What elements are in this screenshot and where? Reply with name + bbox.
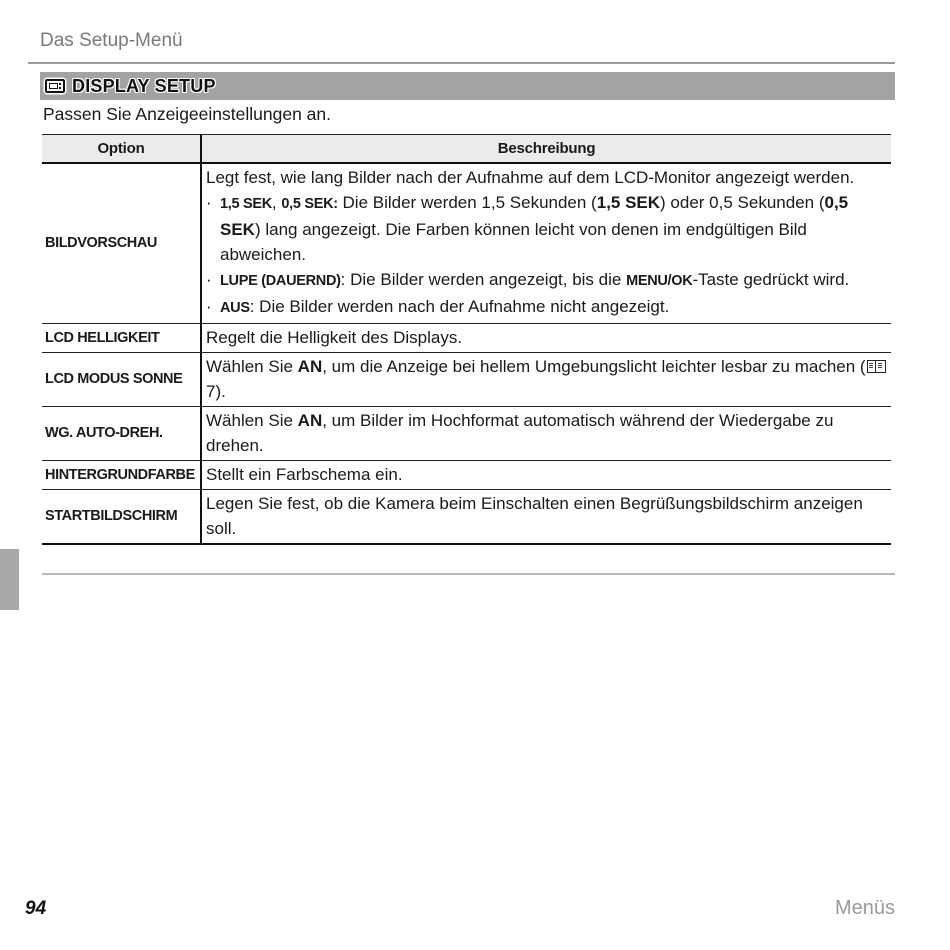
section-header-bar: DISPLAY SETUP	[40, 72, 895, 100]
page-number: 94	[25, 898, 46, 920]
table-row: LCD MODUS SONNE Wählen Sie AN, um die An…	[42, 353, 891, 407]
option-name: STARTBILDSCHIRM	[42, 490, 201, 545]
option-name: WG. AUTO-DREH.	[42, 407, 201, 461]
bullet-item: ·LUPE (DAUERND): Die Bilder werden angez…	[206, 267, 891, 294]
bullet-item: ·AUS: Die Bilder werden nach der Aufnahm…	[206, 294, 891, 321]
bullet-item: ·1,5 SEK, 0,5 SEK: Die Bilder werden 1,5…	[206, 190, 891, 267]
option-name: BILDVORSCHAU	[42, 163, 201, 324]
column-header-description: Beschreibung	[201, 135, 891, 164]
option-description: Regelt die Helligkeit des Displays.	[201, 324, 891, 353]
section-title: DISPLAY SETUP	[72, 76, 216, 97]
table-header-row: Option Beschreibung	[42, 135, 891, 164]
page-reference: 7).	[206, 382, 226, 401]
table-row: HINTERGRUNDFARBE Stellt ein Farbschema e…	[42, 461, 891, 490]
running-head: Das Setup-Menü	[40, 30, 183, 52]
table-row: WG. AUTO-DREH. Wählen Sie AN, um Bilder …	[42, 407, 891, 461]
section-intro: Passen Sie Anzeigeeinstellungen an.	[43, 104, 331, 125]
bullet-icon: ·	[206, 267, 220, 292]
option-description: Wählen Sie AN, um die Anzeige bei hellem…	[201, 353, 891, 407]
bullet-icon: ·	[206, 190, 220, 215]
book-icon	[867, 360, 886, 373]
option-description: Stellt ein Farbschema ein.	[201, 461, 891, 490]
option-description: Legt fest, wie lang Bilder nach der Aufn…	[201, 163, 891, 324]
option-name: HINTERGRUNDFARBE	[42, 461, 201, 490]
option-description: Wählen Sie AN, um Bilder im Hochformat a…	[201, 407, 891, 461]
option-description: Legen Sie fest, ob die Kamera beim Einsc…	[201, 490, 891, 545]
display-setup-icon	[45, 79, 65, 93]
table-row: LCD HELLIGKEIT Regelt die Helligkeit des…	[42, 324, 891, 353]
table-row: BILDVORSCHAU Legt fest, wie lang Bilder …	[42, 163, 891, 324]
bullet-icon: ·	[206, 294, 220, 319]
column-header-option: Option	[42, 135, 201, 164]
options-table: Option Beschreibung BILDVORSCHAU Legt fe…	[42, 134, 891, 545]
chapter-side-tab	[0, 549, 19, 610]
option-name: LCD HELLIGKEIT	[42, 324, 201, 353]
top-rule	[28, 62, 895, 64]
table-row: STARTBILDSCHIRM Legen Sie fest, ob die K…	[42, 490, 891, 545]
option-name: LCD MODUS SONNE	[42, 353, 201, 407]
description-intro: Legt fest, wie lang Bilder nach der Aufn…	[206, 168, 854, 187]
footer-section-name: Menüs	[835, 897, 895, 920]
bottom-rule	[42, 573, 895, 575]
